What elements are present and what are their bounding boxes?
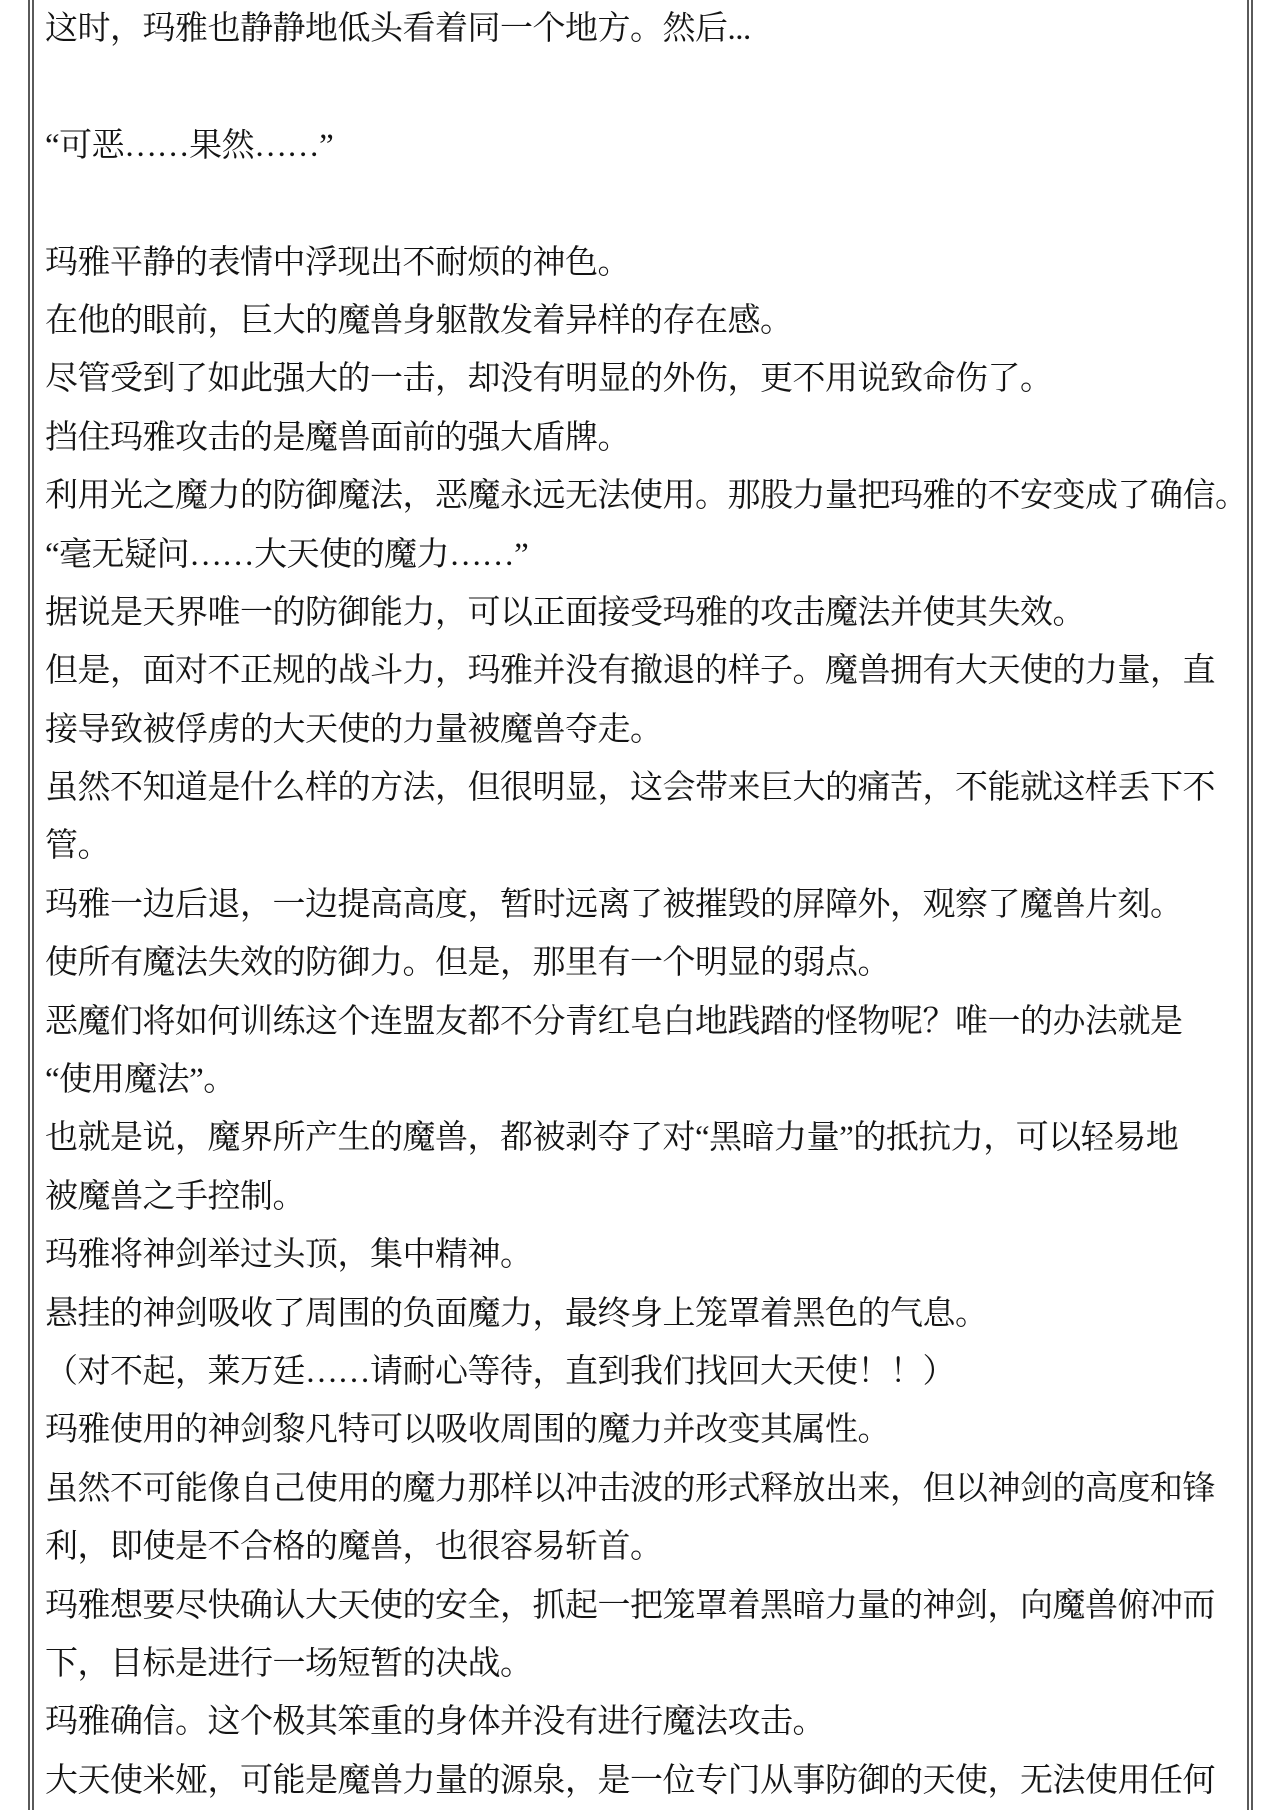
text-line: 恶魔们将如何训练这个连盟友都不分青红皂白地践踏的怪物呢？唯一的办法就是 (45, 993, 1241, 1051)
text-line: 玛雅确信。这个极其笨重的身体并没有进行魔法攻击。 (45, 1693, 1241, 1751)
text-line: 尽管受到了如此强大的一击，却没有明显的外伤，更不用说致命伤了。 (45, 350, 1241, 408)
text-line: 下，目标是进行一场短暂的决战。 (45, 1635, 1241, 1693)
text-line: “可恶……果然……” (45, 117, 1241, 175)
blank-line (45, 175, 1241, 233)
text-line: 玛雅想要尽快确认大天使的安全，抓起一把笼罩着黑暗力量的神剑，向魔兽俯冲而 (45, 1577, 1241, 1635)
text-line: 也就是说，魔界所产生的魔兽，都被剥夺了对“黑暗力量”的抵抗力，可以轻易地 (45, 1109, 1241, 1167)
text-line: 大天使米娅，可能是魔兽力量的源泉，是一位专门从事防御的天使，无法使用任何 (45, 1752, 1241, 1810)
text-line: 玛雅使用的神剑黎凡特可以吸收周围的魔力并改变其属性。 (45, 1401, 1241, 1459)
text-line: 虽然不知道是什么样的方法，但很明显，这会带来巨大的痛苦，不能就这样丢下不 (45, 759, 1241, 817)
text-line: 挡住玛雅攻击的是魔兽面前的强大盾牌。 (45, 409, 1241, 467)
text-line: “毫无疑问……大天使的魔力……” (45, 526, 1241, 584)
text-line: 管。 (45, 817, 1241, 875)
text-line: 利，即使是不合格的魔兽，也很容易斩首。 (45, 1518, 1241, 1576)
text-line: 玛雅将神剑举过头顶，集中精神。 (45, 1226, 1241, 1284)
text-line: （对不起，莱万廷……请耐心等待，直到我们找回大天使！！） (45, 1343, 1241, 1401)
text-line: 被魔兽之手控制。 (45, 1168, 1241, 1226)
text-line: 据说是天界唯一的防御能力，可以正面接受玛雅的攻击魔法并使其失效。 (45, 584, 1241, 642)
text-line: 在他的眼前，巨大的魔兽身躯散发着异样的存在感。 (45, 292, 1241, 350)
text-line: 悬挂的神剑吸收了周围的负面魔力，最终身上笼罩着黑色的气息。 (45, 1285, 1241, 1343)
text-line: 但是，面对不正规的战斗力，玛雅并没有撤退的样子。魔兽拥有大天使的力量，直 (45, 642, 1241, 700)
novel-text-area: 这时，玛雅也静静地低头看着同一个地方。然后...“可恶……果然……”玛雅平静的表… (45, 0, 1241, 1810)
text-line: 利用光之魔力的防御魔法，恶魔永远无法使用。那股力量把玛雅的不安变成了确信。 (45, 467, 1241, 525)
text-line: 玛雅一边后退，一边提高高度，暂时远离了被摧毁的屏障外，观察了魔兽片刻。 (45, 876, 1241, 934)
text-line: 虽然不可能像自己使用的魔力那样以冲击波的形式释放出来，但以神剑的高度和锋 (45, 1460, 1241, 1518)
novel-page-frame: 这时，玛雅也静静地低头看着同一个地方。然后...“可恶……果然……”玛雅平静的表… (28, 0, 1253, 1810)
text-line: 玛雅平静的表情中浮现出不耐烦的神色。 (45, 234, 1241, 292)
text-line: 使所有魔法失效的防御力。但是，那里有一个明显的弱点。 (45, 934, 1241, 992)
text-line: “使用魔法”。 (45, 1051, 1241, 1109)
text-line: 接导致被俘虏的大天使的力量被魔兽夺走。 (45, 701, 1241, 759)
text-line: 这时，玛雅也静静地低头看着同一个地方。然后... (45, 0, 1241, 58)
blank-line (45, 58, 1241, 116)
